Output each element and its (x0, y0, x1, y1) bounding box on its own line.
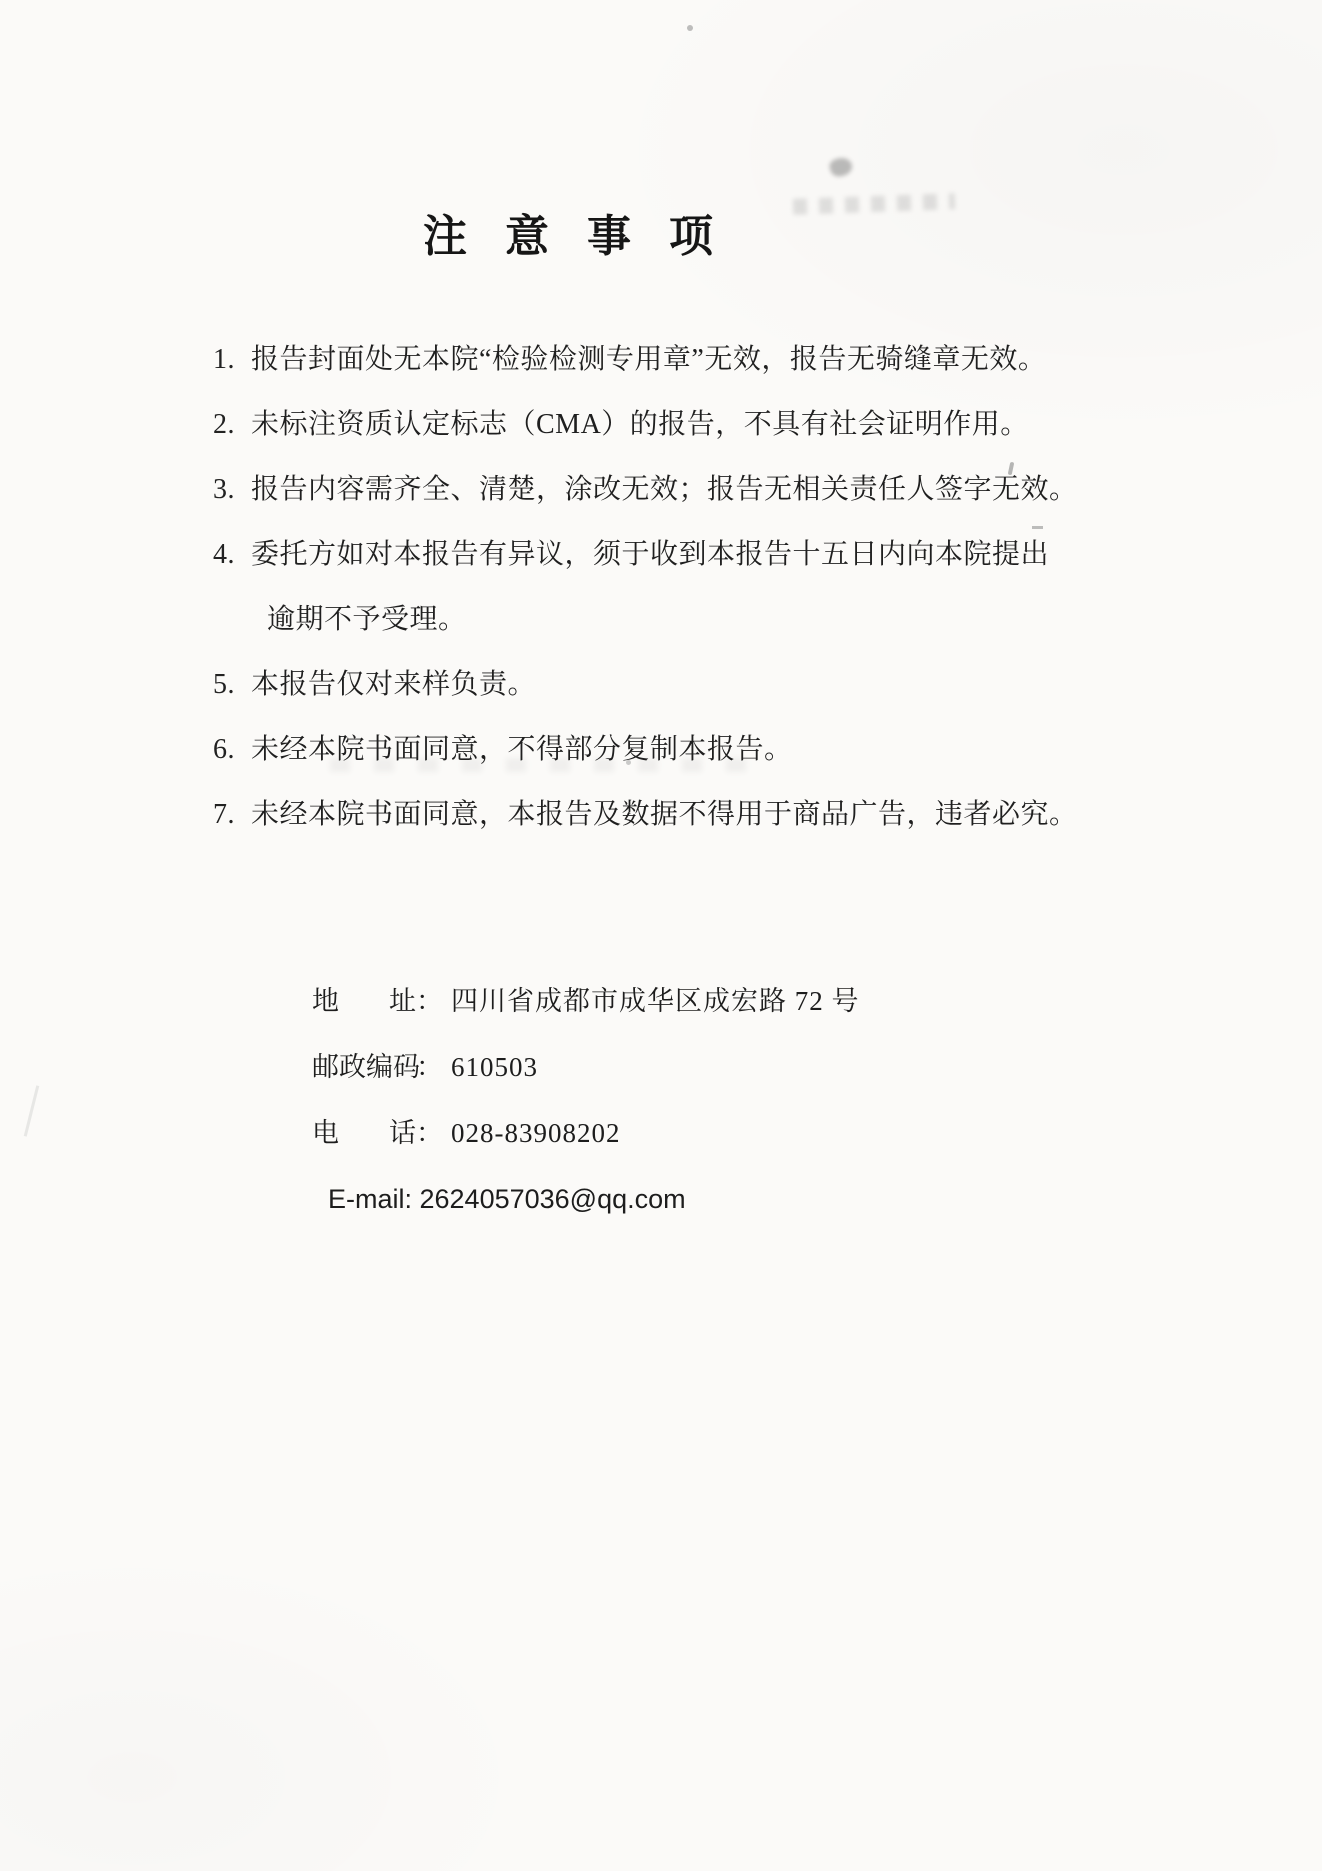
contact-address-row: 地址：四川省成都市成华区成宏路 72 号 (312, 982, 860, 1020)
scan-smudge (828, 155, 854, 179)
note-item-1: 1. 报告封面处无本院“检验检测专用章”无效，报告无骑缝章无效。 (213, 340, 1118, 380)
note-text: 本报告仅对来样负责。 (251, 665, 1118, 705)
contact-postcode-row: 邮政编码：610503 (312, 1048, 860, 1086)
note-number: 1. (213, 340, 251, 380)
phone-colon: ： (416, 1114, 443, 1152)
phone-value: 028-83908202 (451, 1118, 621, 1148)
note-text: 报告内容需齐全、清楚，涂改无效；报告无相关责任人签字无效。 (251, 470, 1118, 510)
note-text: 未经本院书面同意，不得部分复制本报告。 (251, 730, 1118, 770)
address-colon: ： (416, 982, 443, 1020)
note-text: 未标注资质认定标志（CMA）的报告，不具有社会证明作用。 (251, 405, 1118, 445)
phone-label: 电话 (312, 1114, 416, 1152)
scan-speck (687, 25, 693, 31)
note-item-6: 6. 未经本院书面同意，不得部分复制本报告。 (213, 730, 1118, 770)
notes-list: 1. 报告封面处无本院“检验检测专用章”无效，报告无骑缝章无效。 2. 未标注资… (213, 340, 1118, 860)
note-number: 4. (213, 535, 251, 640)
note-text: 委托方如对本报告有异议，须于收到本报告十五日内向本院提出 逾期不予受理。 (251, 535, 1118, 640)
page-title: 注意事项 (423, 200, 751, 264)
note-number: 7. (213, 795, 251, 835)
note-number: 6. (213, 730, 251, 770)
scan-scratch (24, 1085, 39, 1136)
note-number: 3. (213, 470, 251, 510)
note-item-5: 5. 本报告仅对来样负责。 (213, 665, 1118, 705)
postcode-value: 610503 (451, 1052, 538, 1082)
address-value: 四川省成都市成华区成宏路 72 号 (451, 986, 860, 1016)
email-line: E-mail: 2624057036@qq.com (328, 1184, 686, 1214)
note-item-4: 4. 委托方如对本报告有异议，须于收到本报告十五日内向本院提出 逾期不予受理。 (213, 535, 1118, 640)
note-number: 5. (213, 665, 251, 705)
scanned-notice-page: 注意事项 1. 报告封面处无本院“检验检测专用章”无效，报告无骑缝章无效。 2.… (0, 0, 1322, 1871)
note-text: 报告封面处无本院“检验检测专用章”无效，报告无骑缝章无效。 (251, 340, 1118, 380)
note-text-line1: 委托方如对本报告有异议，须于收到本报告十五日内向本院提出 (251, 539, 1049, 570)
address-label: 地址 (312, 982, 416, 1020)
note-text: 未经本院书面同意，本报告及数据不得用于商品广告，违者必究。 (251, 795, 1118, 835)
postcode-colon: ： (416, 1048, 443, 1086)
scan-ghost-text (793, 193, 955, 215)
contact-email-row: E-mail: 2624057036@qq.com (312, 1180, 860, 1218)
note-item-7: 7. 未经本院书面同意，本报告及数据不得用于商品广告，违者必究。 (213, 795, 1118, 835)
contact-block: 地址：四川省成都市成华区成宏路 72 号 邮政编码：610503 电话：028-… (312, 982, 860, 1246)
postcode-label: 邮政编码 (312, 1048, 416, 1086)
contact-phone-row: 电话：028-83908202 (312, 1114, 860, 1152)
note-item-3: 3. 报告内容需齐全、清楚，涂改无效；报告无相关责任人签字无效。 (213, 470, 1118, 510)
note-item-2: 2. 未标注资质认定标志（CMA）的报告，不具有社会证明作用。 (213, 405, 1118, 445)
note-number: 2. (213, 405, 251, 445)
note-text-line2: 逾期不予受理。 (251, 600, 1118, 640)
